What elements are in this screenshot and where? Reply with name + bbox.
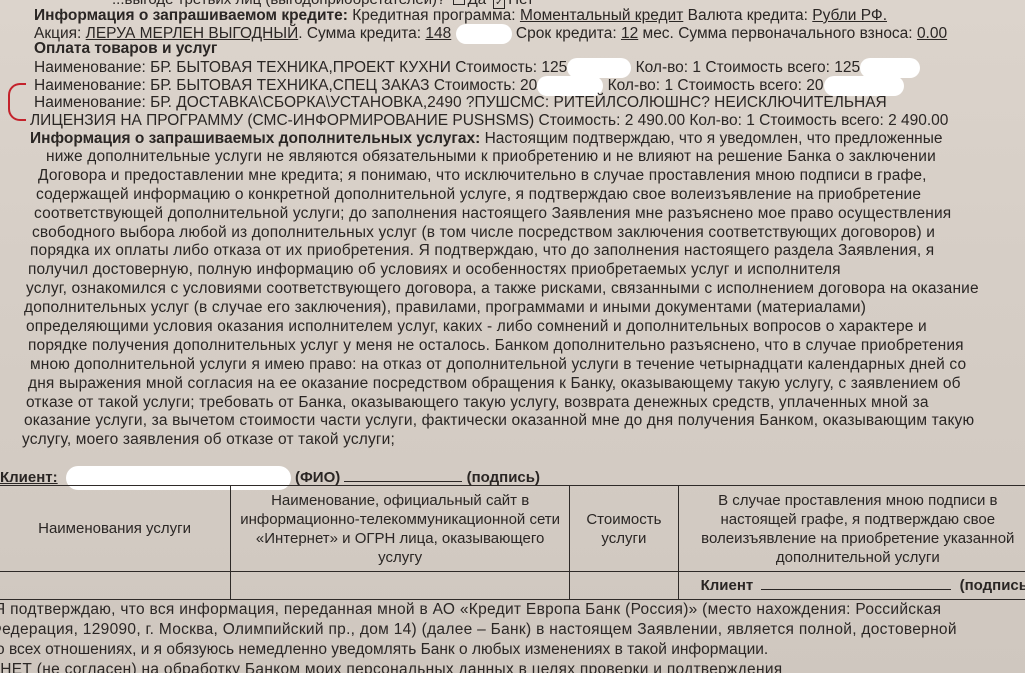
- fio-label: (ФИО): [295, 469, 340, 486]
- paragraph-line: отказе от такой услуги; требовать от Бан…: [20, 394, 1025, 413]
- item-total: 125: [834, 59, 860, 76]
- footer-line: Федерация, 129090, г. Москва, Олимпийски…: [0, 621, 957, 639]
- redaction: [567, 58, 631, 78]
- goods-item: Наименование: БР. БЫТОВАЯ ТЕХНИКА,СПЕЦ З…: [34, 76, 904, 96]
- cell-provider-info[interactable]: [231, 572, 570, 600]
- term-unit: мес.: [643, 25, 674, 42]
- item-name: БР. БЫТОВАЯ ТЕХНИКА,СПЕЦ ЗАКАЗ: [150, 77, 429, 94]
- term-label: Срок кредита:: [516, 25, 617, 42]
- goods-item: Наименование: БР. БЫТОВАЯ ТЕХНИКА,ПРОЕКТ…: [34, 58, 920, 78]
- paragraph-line: дополнительных услуг (в случае его заклю…: [20, 299, 1025, 318]
- item-cost-label: Стоимость:: [539, 112, 621, 129]
- item-qty: 1: [692, 59, 701, 76]
- beneficiary-yes-checkbox[interactable]: [453, 0, 465, 5]
- credit-program-label: Кредитная программа:: [352, 7, 515, 24]
- item-cost: 125: [541, 59, 567, 76]
- item-qty: 1: [746, 112, 755, 129]
- paragraph-line: содержащей информацию о конкретной допол…: [20, 186, 1025, 205]
- signature-field[interactable]: [344, 481, 462, 482]
- item-cost-label: Стоимость:: [434, 77, 516, 94]
- item-total: 20: [806, 77, 823, 94]
- term-value: 12: [621, 25, 638, 42]
- footer-line: Я подтверждаю, что вся информация, перед…: [0, 601, 941, 619]
- paragraph-line: услугу, моего заявления об отказе от так…: [20, 431, 1025, 450]
- paragraph-line: свободного выбора любой из дополнительны…: [20, 224, 1025, 243]
- cell-client-signature[interactable]: Клиент (подпись): [678, 572, 1025, 600]
- red-annotation-bracket: [8, 83, 26, 121]
- credit-amount-label: . Сумма кредита:: [298, 25, 421, 42]
- item-name-label: Наименование:: [34, 94, 146, 111]
- credit-program-value: Моментальный кредит: [520, 7, 683, 24]
- paragraph-line: порядке получения дополнительных услуг у…: [20, 337, 1025, 356]
- signature-label: (подпись): [960, 577, 1025, 594]
- item-total-label: Стоимость всего:: [705, 59, 830, 76]
- header-consent: В случае проставления мною подписи в нас…: [678, 486, 1025, 572]
- additional-services-paragraph: ниже дополнительные услуги не являются о…: [20, 148, 1025, 450]
- item-name-continued: ЛИЦЕНЗИЯ НА ПРОГРАММУ (СМС-ИНФОРМИРОВАНИ…: [30, 112, 534, 129]
- table-header-row: Наименования услуги Наименование, официа…: [0, 486, 1025, 572]
- paragraph-line: получил достоверную, полную информацию о…: [20, 261, 1025, 280]
- additional-services-title: Информация о запрашиваемых дополнительны…: [30, 130, 480, 147]
- signature-field[interactable]: [761, 589, 951, 590]
- item-cost: 20: [520, 77, 537, 94]
- paragraph-line: Настоящим подтверждаю, что я уведомлен, …: [485, 130, 943, 147]
- paragraph-line: порядка их оплаты либо отказа от их прио…: [20, 242, 1025, 261]
- redaction: [537, 76, 603, 96]
- paragraph-line: Договора и предоставлении мне кредита; я…: [20, 167, 1025, 186]
- goods-item: Наименование: БР. ДОСТАВКА\СБОРКА\УСТАНО…: [34, 94, 887, 112]
- credit-info-line: Информация о запрашиваемом кредите: Кред…: [34, 7, 887, 25]
- item-name-label: Наименование:: [34, 77, 146, 94]
- redaction: [860, 58, 920, 78]
- services-table: Наименования услуги Наименование, официа…: [0, 485, 1025, 600]
- item-qty-label: Кол-во:: [608, 77, 661, 94]
- item-total-label: Стоимость всего:: [759, 112, 884, 129]
- item-qty: 1: [664, 77, 673, 94]
- item-name: БР. ДОСТАВКА\СБОРКА\УСТАНОВКА,2490 ?ПУШС…: [150, 94, 887, 111]
- cell-service-name[interactable]: [0, 572, 231, 600]
- cell-service-cost[interactable]: [570, 572, 678, 600]
- paragraph-line: соответствующей дополнительной услуги; д…: [20, 205, 1025, 224]
- paragraph-line: дня выражения мной согласия на ее оказан…: [20, 375, 1025, 394]
- footer-line: во всех отношениях, и я обязуюсь немедле…: [0, 641, 768, 659]
- header-service-cost: Стоимость услуги: [570, 486, 678, 572]
- header-service-name: Наименования услуги: [0, 486, 231, 572]
- paragraph-line: услуг, ознакомился с условиями соответст…: [20, 280, 1025, 299]
- credit-info-title: Информация о запрашиваемом кредите:: [34, 7, 348, 24]
- redaction: [456, 24, 512, 44]
- paragraph-line: ниже дополнительные услуги не являются о…: [20, 148, 1025, 167]
- item-qty-label: Кол-во:: [689, 112, 742, 129]
- item-name: БР. БЫТОВАЯ ТЕХНИКА,ПРОЕКТ КУХНИ: [150, 59, 451, 76]
- client-label: Клиент:: [0, 469, 58, 486]
- paragraph-line: оказание услуги, за вычетом стоимости ча…: [20, 412, 1025, 431]
- item-name-label: Наименование:: [34, 59, 146, 76]
- item-cost: 2 490.00: [625, 112, 685, 129]
- item-qty-label: Кол-во:: [636, 59, 689, 76]
- paragraph-line: определяющими условия оказания исполните…: [20, 318, 1025, 337]
- signature-label: (подпись): [467, 469, 540, 486]
- goods-item-continued: ЛИЦЕНЗИЯ НА ПРОГРАММУ (СМС-ИНФОРМИРОВАНИ…: [30, 112, 948, 130]
- header-provider-info: Наименование, официальный сайт в информа…: [231, 486, 570, 572]
- item-cost-label: Стоимость:: [455, 59, 537, 76]
- paragraph-line: мною дополнительной услуги я имею право:…: [20, 356, 1025, 375]
- item-total-label: Стоимость всего:: [677, 77, 802, 94]
- table-row: Клиент (подпись): [0, 572, 1025, 600]
- currency-label: Валюта кредита:: [688, 7, 808, 24]
- credit-amount-value: 148: [425, 25, 451, 42]
- goods-title: Оплата товаров и услуг: [34, 40, 217, 58]
- client-label: Клиент: [701, 577, 754, 594]
- additional-services-heading: Информация о запрашиваемых дополнительны…: [30, 130, 943, 148]
- footer-line: □ НЕТ (не согласен) на обработку Банком …: [0, 661, 783, 673]
- down-payment-label: Сумма первоначального взноса:: [678, 25, 912, 42]
- currency-value: Рубли РФ.: [812, 7, 887, 24]
- down-payment-value: 0.00: [917, 25, 947, 42]
- item-total: 2 490.00: [888, 112, 948, 129]
- redaction: [824, 76, 904, 96]
